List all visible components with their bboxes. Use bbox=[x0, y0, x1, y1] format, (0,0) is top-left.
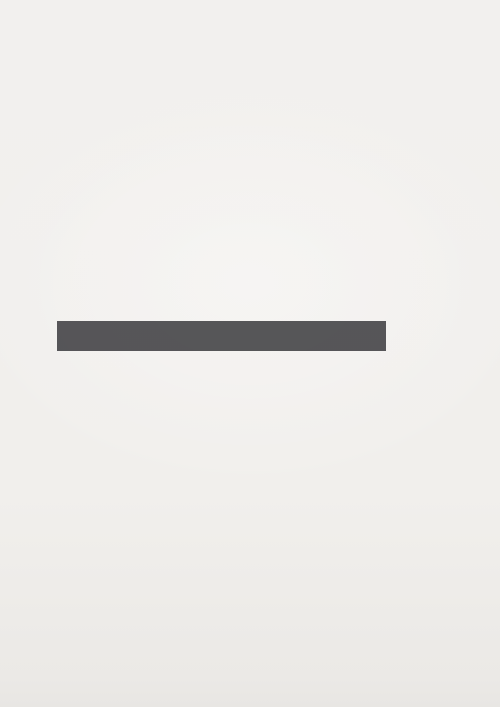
title-overlay-band bbox=[57, 321, 386, 351]
scanned-document-page bbox=[0, 0, 500, 707]
